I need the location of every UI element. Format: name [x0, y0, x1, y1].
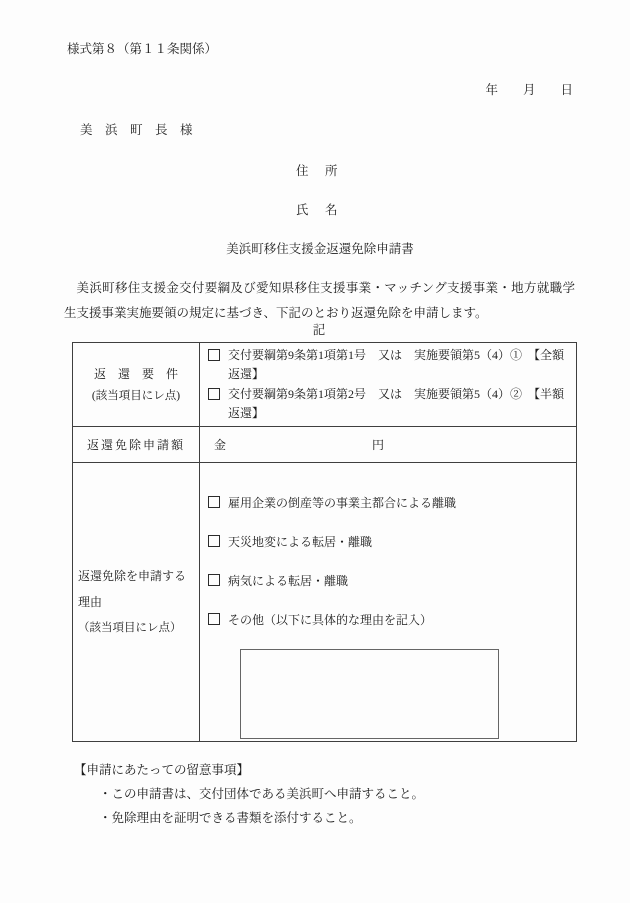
option-illness: 病気による転居・離職	[208, 571, 574, 591]
option-half-refund-label: 交付要綱第9条第1項第2号 又は 実施要領第5（4）② 【半額返還】	[228, 385, 574, 423]
table-row-amount: 返還免除申請額 金 円	[73, 427, 577, 463]
reason-header-line2: 理由	[78, 589, 199, 615]
requirements-subheader: (該当項目にレ点)	[73, 385, 199, 407]
checkbox-employer-bankruptcy[interactable]	[208, 496, 220, 508]
reason-header-cell: 返還免除を申請する 理由 （該当項目にレ点）	[73, 463, 200, 742]
checkbox-illness[interactable]	[208, 574, 220, 586]
option-natural-disaster: 天災地変による転居・離職	[208, 532, 574, 552]
checkbox-natural-disaster[interactable]	[208, 535, 220, 547]
amount-value-field[interactable]	[226, 438, 372, 452]
option-employer-bankruptcy-label: 雇用企業の倒産等の事業主都合による離職	[228, 493, 574, 513]
document-title: 美浜町移住支援金返還免除申請書	[0, 239, 630, 257]
note-item-attach-documents: ・免除理由を証明できる書類を添付すること。	[99, 806, 424, 830]
option-other-label: その他（以下に具体的な理由を記入）	[228, 610, 574, 630]
name-label: 氏 名	[296, 200, 340, 218]
notes-heading: 【申請にあたっての留意事項】	[74, 758, 424, 782]
table-row-reason: 返還免除を申請する 理由 （該当項目にレ点） 雇用企業の倒産等の事業主都合による…	[73, 463, 577, 742]
checkbox-other[interactable]	[208, 613, 220, 625]
form-table: 返 還 要 件 (該当項目にレ点) 交付要綱第9条第1項第1号 又は 実施要領第…	[72, 342, 577, 742]
reason-options-cell: 雇用企業の倒産等の事業主都合による離職 天災地変による転居・離職 病気による転居…	[200, 463, 577, 742]
option-full-refund-label: 交付要綱第9条第1項第1号 又は 実施要領第5（4）① 【全額返還】	[228, 346, 574, 384]
option-full-refund: 交付要綱第9条第1項第1号 又は 実施要領第5（4）① 【全額返還】	[208, 346, 574, 384]
address-label: 住 所	[296, 161, 340, 179]
other-reason-textbox[interactable]	[240, 649, 499, 739]
requirements-header-cell: 返 還 要 件 (該当項目にレ点)	[73, 343, 200, 427]
table-row-requirements: 返 還 要 件 (該当項目にレ点) 交付要綱第9条第1項第1号 又は 実施要領第…	[73, 343, 577, 427]
note-item-apply-to-town: ・この申請書は、交付団体である美浜町へ申請すること。	[99, 782, 424, 806]
reason-subheader: （該当項目にレ点）	[78, 615, 199, 641]
date-line: 年 月 日	[485, 80, 573, 98]
option-natural-disaster-label: 天災地変による転居・離職	[228, 532, 574, 552]
option-illness-label: 病気による転居・離職	[228, 571, 574, 591]
option-other: その他（以下に具体的な理由を記入）	[208, 610, 574, 630]
addressee-line: 美 浜 町 長 様	[80, 120, 193, 138]
amount-prefix: 金	[214, 436, 226, 453]
checkbox-half-refund[interactable]	[208, 388, 220, 400]
form-number: 様式第８（第１１条関係）	[67, 39, 217, 57]
amount-cell: 金 円	[200, 427, 577, 463]
requirements-header: 返 還 要 件	[73, 363, 199, 385]
application-form-page: 様式第８（第１１条関係） 年 月 日 美 浜 町 長 様 住 所 氏 名 美浜町…	[0, 0, 630, 903]
amount-header: 返還免除申請額	[73, 427, 200, 463]
requirements-options-cell: 交付要綱第9条第1項第1号 又は 実施要領第5（4）① 【全額返還】 交付要綱第…	[200, 343, 577, 427]
option-employer-bankruptcy: 雇用企業の倒産等の事業主都合による離職	[208, 493, 574, 513]
notes-section: 【申請にあたっての留意事項】 ・この申請書は、交付団体である美浜町へ申請すること…	[74, 758, 424, 830]
record-label: 記	[0, 320, 630, 338]
checkbox-full-refund[interactable]	[208, 349, 220, 361]
amount-suffix: 円	[372, 436, 384, 453]
option-half-refund: 交付要綱第9条第1項第2号 又は 実施要領第5（4）② 【半額返還】	[208, 385, 574, 423]
reason-header-line1: 返還免除を申請する	[78, 563, 199, 589]
body-paragraph: 美浜町移住支援金交付要綱及び愛知県移住支援事業・マッチング支援事業・地方就職学生…	[64, 276, 575, 326]
